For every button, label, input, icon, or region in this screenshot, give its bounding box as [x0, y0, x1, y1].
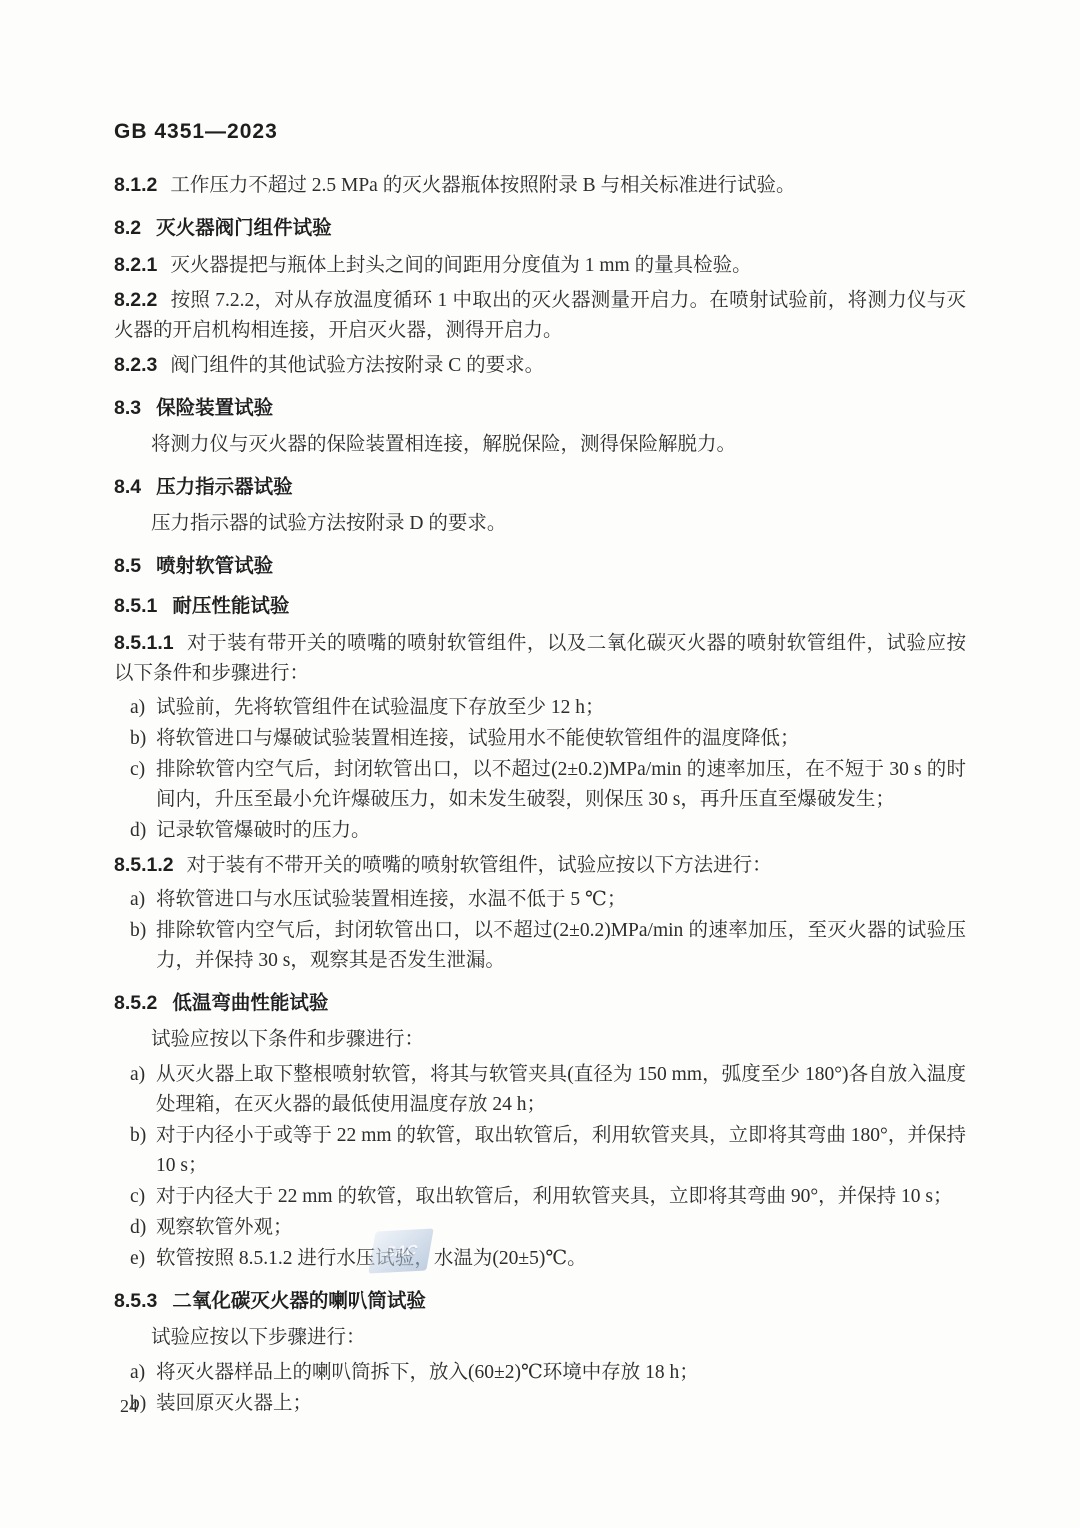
document-body: 8.1.2工作压力不超过 2.5 MPa 的灭火器瓶体按照附录 B 与相关标准进…	[114, 170, 966, 1419]
list-marker: c)	[130, 1182, 156, 1212]
paragraph-text: 对于装有不带开关的喷嘴的喷射软管组件，试验应按以下方法进行：	[187, 855, 772, 876]
clause-number: 8.2	[114, 217, 141, 239]
list-marker: a)	[130, 1358, 156, 1388]
list-item: e)软管按照 8.5.1.2 进行水压试验，水温为(20±5)℃。	[114, 1244, 966, 1274]
clause-number: 8.5.2	[114, 992, 157, 1014]
page-number: 24	[120, 1396, 138, 1417]
paragraph-text: 对于内径大于 22 mm 的软管，取出软管后，利用软管夹具，立即将其弯曲 90°…	[156, 1182, 966, 1212]
clause-number: 8.4	[114, 476, 141, 498]
section-heading: 8.5.3二氧化碳灭火器的喇叭筒试验	[114, 1288, 966, 1314]
list-item: b)装回原灭火器上；	[114, 1389, 966, 1419]
document-page: GB 4351—2023 8.1.2工作压力不超过 2.5 MPa 的灭火器瓶体…	[0, 0, 1080, 1528]
list-marker: b)	[130, 1121, 156, 1181]
clause-number: 8.2.3	[114, 354, 157, 376]
list-marker: a)	[130, 1060, 156, 1120]
section-heading: 8.4压力指示器试验	[114, 474, 966, 500]
paragraph-text: 工作压力不超过 2.5 MPa 的灭火器瓶体按照附录 B 与相关标准进行试验。	[170, 175, 795, 196]
list-marker: c)	[130, 755, 156, 815]
paragraph-text: 记录软管爆破时的压力。	[156, 816, 966, 846]
paragraph-text: 观察软管外观；	[156, 1213, 966, 1243]
paragraph-text: 对于装有带开关的喷嘴的喷射软管组件，以及二氧化碳灭火器的喷射软管组件，试验应按以…	[114, 633, 966, 684]
section-heading: 8.2灭火器阀门组件试验	[114, 215, 966, 241]
section-heading: 8.5.1耐压性能试验	[114, 593, 966, 619]
list-marker: d)	[130, 816, 156, 846]
paragraph-text: 试验应按以下条件和步骤进行：	[151, 1029, 424, 1050]
list-item: b)将软管进口与爆破试验装置相连接，试验用水不能使软管组件的温度降低；	[114, 724, 966, 754]
paragraph-text: 压力指示器的试验方法按附录 D 的要求。	[151, 513, 506, 534]
clause-paragraph: 8.2.1灭火器提把与瓶体上封头之间的间距用分度值为 1 mm 的量具检验。	[114, 250, 966, 281]
list-item: a)将灭火器样品上的喇叭筒拆下，放入(60±2)℃环境中存放 18 h；	[114, 1358, 966, 1388]
paragraph-text: 按照 7.2.2，对从存放温度循环 1 中取出的灭火器测量开启力。在喷射试验前，…	[114, 290, 966, 341]
body-paragraph: 将测力仪与灭火器的保险装置相连接，解脱保险，测得保险解脱力。	[114, 430, 966, 460]
paragraph-text: 二氧化碳灭火器的喇叭筒试验	[172, 1290, 426, 1312]
clause-number: 8.3	[114, 397, 141, 419]
clause-number: 8.5.1.1	[114, 632, 174, 654]
paragraph-text: 保险装置试验	[156, 397, 273, 419]
list-item: a)试验前，先将软管组件在试验温度下存放至少 12 h；	[114, 693, 966, 723]
paragraph-text: 试验应按以下步骤进行：	[151, 1327, 366, 1348]
paragraph-text: 阀门组件的其他试验方法按附录 C 的要求。	[170, 355, 544, 376]
body-paragraph: 试验应按以下条件和步骤进行：	[114, 1025, 966, 1055]
paragraph-text: 耐压性能试验	[172, 595, 289, 617]
section-heading: 8.5喷射软管试验	[114, 553, 966, 579]
paragraph-text: 排除软管内空气后，封闭软管出口，以不超过(2±0.2)MPa/min 的速率加压…	[156, 916, 966, 976]
paragraph-text: 从灭火器上取下整根喷射软管，将其与软管夹具(直径为 150 mm，弧度至少 18…	[156, 1060, 966, 1120]
list-item: b)排除软管内空气后，封闭软管出口，以不超过(2±0.2)MPa/min 的速率…	[114, 916, 966, 976]
list-marker: b)	[130, 724, 156, 754]
section-heading: 8.3保险装置试验	[114, 395, 966, 421]
paragraph-text: 将软管进口与水压试验装置相连接，水温不低于 5 ℃；	[156, 885, 966, 915]
list-item: b)对于内径小于或等于 22 mm 的软管，取出软管后，利用软管夹具，立即将其弯…	[114, 1121, 966, 1181]
clause-number: 8.5	[114, 555, 141, 577]
document-content: GB 4351—2023 8.1.2工作压力不超过 2.5 MPa 的灭火器瓶体…	[114, 120, 966, 1420]
clause-number: 8.5.3	[114, 1290, 157, 1312]
list-item: d)记录软管爆破时的压力。	[114, 816, 966, 846]
list-item: d)观察软管外观；	[114, 1213, 966, 1243]
clause-paragraph: 8.1.2工作压力不超过 2.5 MPa 的灭火器瓶体按照附录 B 与相关标准进…	[114, 170, 966, 201]
paragraph-text: 灭火器提把与瓶体上封头之间的间距用分度值为 1 mm 的量具检验。	[170, 255, 751, 276]
paragraph-text: 灭火器阀门组件试验	[156, 217, 332, 239]
list-item: c)对于内径大于 22 mm 的软管，取出软管后，利用软管夹具，立即将其弯曲 9…	[114, 1182, 966, 1212]
paragraph-text: 低温弯曲性能试验	[172, 992, 328, 1014]
list-marker: b)	[130, 916, 156, 976]
clause-number: 8.5.1.2	[114, 854, 174, 876]
clause-number: 8.2.2	[114, 289, 157, 311]
standard-number-header: GB 4351—2023	[114, 120, 966, 144]
paragraph-text: 排除软管内空气后，封闭软管出口，以不超过(2±0.2)MPa/min 的速率加压…	[156, 755, 966, 815]
paragraph-text: 压力指示器试验	[156, 476, 293, 498]
paragraph-text: 装回原灭火器上；	[156, 1389, 966, 1419]
clause-paragraph: 8.2.3阀门组件的其他试验方法按附录 C 的要求。	[114, 350, 966, 381]
clause-paragraph: 8.5.1.2对于装有不带开关的喷嘴的喷射软管组件，试验应按以下方法进行：	[114, 850, 966, 881]
paragraph-text: 将软管进口与爆破试验装置相连接，试验用水不能使软管组件的温度降低；	[156, 724, 966, 754]
clause-paragraph: 8.2.2按照 7.2.2，对从存放温度循环 1 中取出的灭火器测量开启力。在喷…	[114, 285, 966, 346]
paragraph-text: 将灭火器样品上的喇叭筒拆下，放入(60±2)℃环境中存放 18 h；	[156, 1358, 966, 1388]
clause-paragraph: 8.5.1.1对于装有带开关的喷嘴的喷射软管组件，以及二氧化碳灭火器的喷射软管组…	[114, 628, 966, 689]
list-marker: d)	[130, 1213, 156, 1243]
paragraph-text: 试验前，先将软管组件在试验温度下存放至少 12 h；	[156, 693, 966, 723]
list-marker: e)	[130, 1244, 156, 1274]
sac-watermark-logo: SAC	[368, 1228, 433, 1273]
clause-number: 8.5.1	[114, 595, 157, 617]
list-item: a)从灭火器上取下整根喷射软管，将其与软管夹具(直径为 150 mm，弧度至少 …	[114, 1060, 966, 1120]
list-marker: a)	[130, 885, 156, 915]
paragraph-text: 喷射软管试验	[156, 555, 273, 577]
paragraph-text: 将测力仪与灭火器的保险装置相连接，解脱保险，测得保险解脱力。	[151, 434, 736, 455]
section-heading: 8.5.2低温弯曲性能试验	[114, 990, 966, 1016]
paragraph-text: 对于内径小于或等于 22 mm 的软管，取出软管后，利用软管夹具，立即将其弯曲 …	[156, 1121, 966, 1181]
list-item: a)将软管进口与水压试验装置相连接，水温不低于 5 ℃；	[114, 885, 966, 915]
body-paragraph: 压力指示器的试验方法按附录 D 的要求。	[114, 509, 966, 539]
clause-number: 8.2.1	[114, 254, 157, 276]
body-paragraph: 试验应按以下步骤进行：	[114, 1323, 966, 1353]
clause-number: 8.1.2	[114, 174, 157, 196]
list-item: c)排除软管内空气后，封闭软管出口，以不超过(2±0.2)MPa/min 的速率…	[114, 755, 966, 815]
list-marker: a)	[130, 693, 156, 723]
paragraph-text: 软管按照 8.5.1.2 进行水压试验，水温为(20±5)℃。	[156, 1244, 966, 1274]
